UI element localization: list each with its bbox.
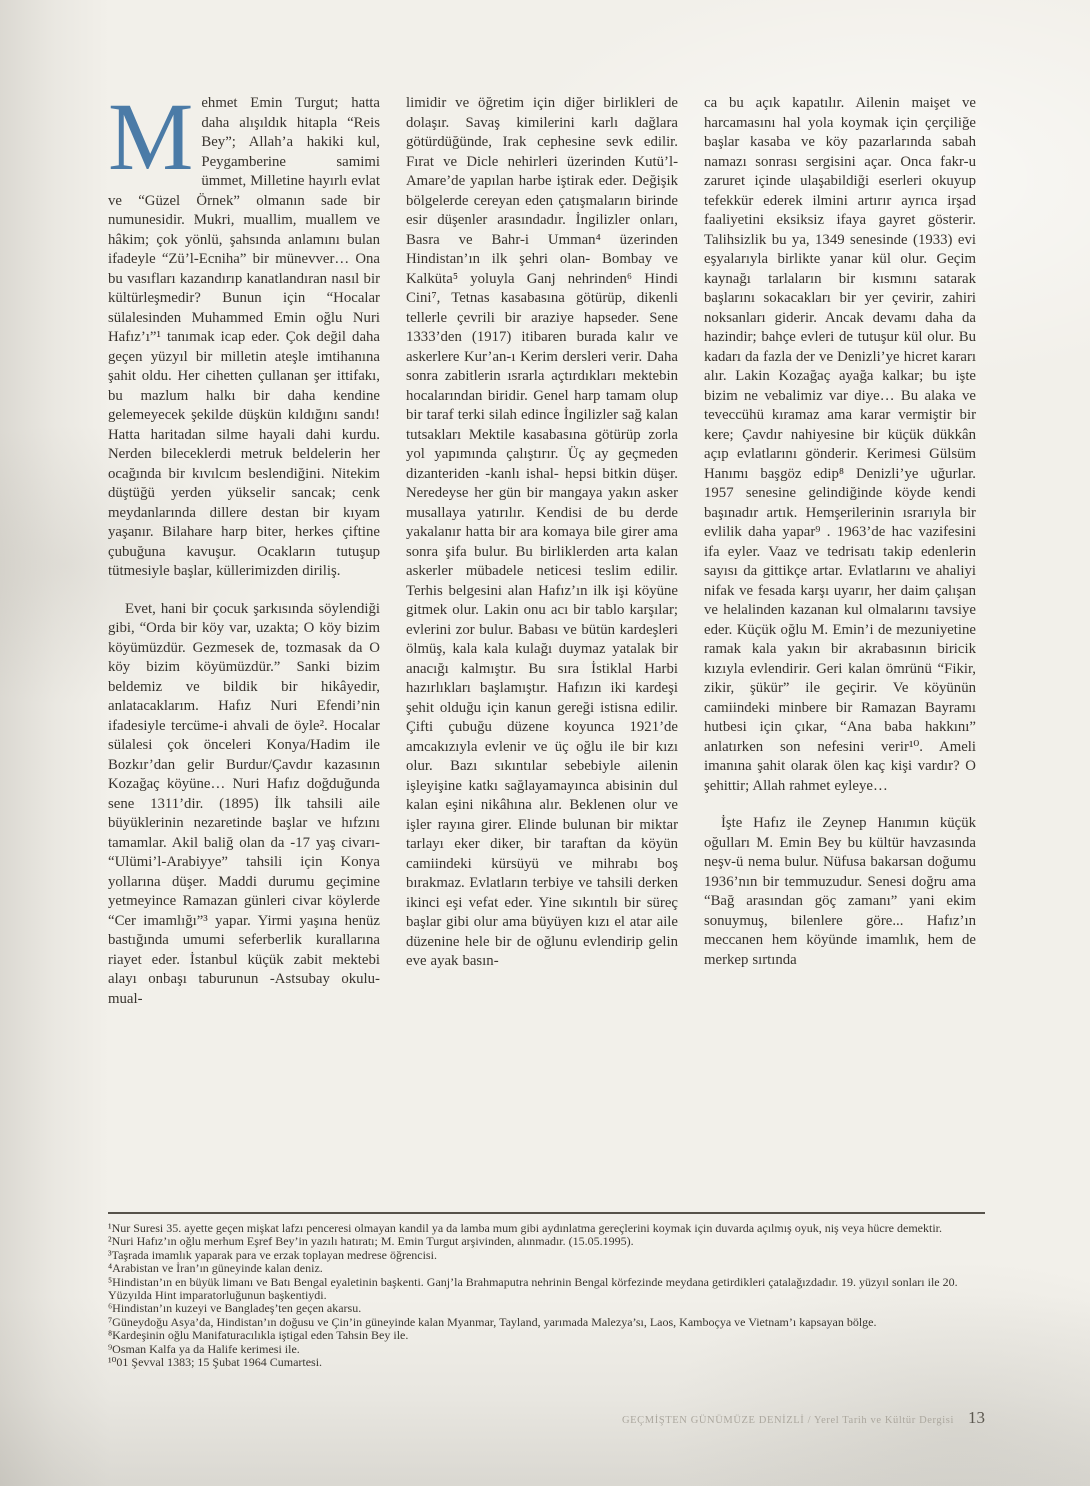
footnote: ³Taşrada imamlık yaparak para ve erzak t… bbox=[108, 1249, 985, 1262]
page-number: 13 bbox=[968, 1408, 985, 1427]
footnote: ⁷Güneydoğu Asya’da, Hindistan’ın doğusu … bbox=[108, 1316, 985, 1329]
footnote: ²Nuri Hafız’ın oğlu merhum Eşref Bey’in … bbox=[108, 1235, 985, 1248]
footnote: ¹Nur Suresi 35. ayette geçen mişkat lafz… bbox=[108, 1222, 985, 1235]
paragraph: limidir ve öğretim için diğer birlikleri… bbox=[406, 94, 678, 972]
paragraph: Evet, hani bir çocuk şarkısında söylendi… bbox=[108, 600, 380, 1010]
journal-title: GEÇMİŞTEN GÜNÜMÜZE DENİZLİ / Yerel Tarih… bbox=[622, 1415, 954, 1426]
footnote: ⁵Hindistan’ın en büyük limanı ve Batı Be… bbox=[108, 1276, 985, 1303]
footnote: ⁶Hindistan’ın kuzeyi ve Bangladeş’ten ge… bbox=[108, 1302, 985, 1315]
magazine-page: Mehmet Emin Turgut; hatta daha alışıldık… bbox=[0, 0, 1090, 1486]
text-column-2: limidir ve öğretim için diğer birlikleri… bbox=[406, 94, 678, 1200]
footnote: ⁹Osman Kalfa ya da Halife kerimesi ile. bbox=[108, 1343, 985, 1356]
footnote: ⁸Kardeşinin oğlu Manifaturacılıkla iştig… bbox=[108, 1329, 985, 1342]
page-footer: GEÇMİŞTEN GÜNÜMÜZE DENİZLİ / Yerel Tarih… bbox=[108, 1408, 985, 1428]
footnote: ⁴Arabistan ve İran’ın güneyinde kalan de… bbox=[108, 1262, 985, 1275]
footnotes-section: ¹Nur Suresi 35. ayette geçen mişkat lafz… bbox=[108, 1222, 985, 1369]
footnote: ¹⁰01 Şevval 1383; 15 Şubat 1964 Cumartes… bbox=[108, 1356, 985, 1369]
paragraph: İşte Hafız ile Zeynep Hanımın küçük oğul… bbox=[704, 814, 976, 970]
paragraph: ca bu açık kapatılır. Ailenin maişet ve … bbox=[704, 94, 976, 796]
text-column-3: ca bu açık kapatılır. Ailenin maişet ve … bbox=[704, 94, 976, 1200]
text-column-1: Mehmet Emin Turgut; hatta daha alışıldık… bbox=[108, 94, 380, 1200]
paragraph: Mehmet Emin Turgut; hatta daha alışıldık… bbox=[108, 94, 380, 582]
dropcap-letter: M bbox=[108, 94, 201, 176]
footnote-divider bbox=[108, 1212, 985, 1214]
article-text-block: Mehmet Emin Turgut; hatta daha alışıldık… bbox=[108, 94, 976, 1200]
